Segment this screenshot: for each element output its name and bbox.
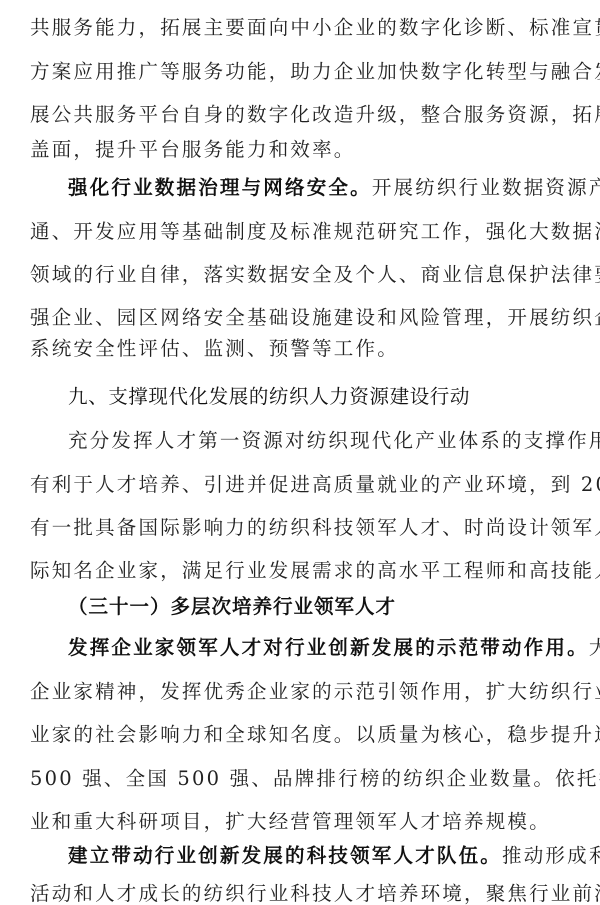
section-heading: 九、支撑现代化发展的纺织人力资源建设行动	[68, 382, 600, 412]
paragraph-first-line: 发挥企业家领军人才对行业创新发展的示范带动作用。大力弘扬	[68, 633, 575, 663]
paragraph-line: 强企业、园区网络安全基础设施建设和风险管理，开展纺织企业工控	[30, 303, 575, 333]
document-page: 共服务能力，拓展主要面向中小企业的数字化诊断、标准宣贯、解决 方案应用推广等服务…	[0, 0, 600, 905]
paragraph-line: 业家的社会影响力和全球知名度。以质量为核心，稳步提升进入世界	[30, 720, 575, 750]
paragraph-line: 业和重大科研项目，扩大经营管理领军人才培养规模。	[30, 807, 575, 837]
paragraph-line: 领域的行业自律，落实数据安全及个人、商业信息保护法律要求。加	[30, 260, 575, 290]
paragraph-first-line: 建立带动行业创新发展的科技领军人才队伍。推动形成利于科研	[68, 841, 575, 871]
paragraph-line: 盖面，提升平台服务能力和效率。	[30, 135, 575, 165]
paragraph-line: 有一批具备国际影响力的纺织科技领军人才、时尚设计领军人才和国	[30, 513, 575, 543]
paragraph-line: 活动和人才成长的纺织行业科技人才培养环境，聚焦行业前沿知识、	[30, 879, 575, 905]
paragraph-line: 500 强、全国 500 强、品牌排行榜的纺织企业数量。依托行业龙头企	[30, 764, 575, 794]
paragraph-line: 共服务能力，拓展主要面向中小企业的数字化诊断、标准宣贯、解决	[30, 13, 575, 43]
paragraph-lead-bold: 建立带动行业创新发展的科技领军人才队伍。	[68, 844, 502, 867]
paragraph-line: 系统安全性评估、监测、预警等工作。	[30, 334, 575, 364]
paragraph-first-line: 强化行业数据治理与网络安全。开展纺织行业数据资源产权、流	[68, 173, 575, 203]
paragraph-line: 展公共服务平台自身的数字化改造升级，整合服务资源，拓展服务覆	[30, 100, 575, 130]
paragraph-first-line: 充分发挥人才第一资源对纺织现代化产业体系的支撑作用，创造	[68, 426, 575, 456]
paragraph-line: 企业家精神，发挥优秀企业家的示范引领作用，扩大纺织行业优秀企	[30, 677, 575, 707]
paragraph-text: 开展纺织行业数据资源产权、流	[372, 176, 600, 199]
subsection-heading: （三十一）多层次培养行业领军人才	[68, 592, 600, 622]
paragraph-text: 大力弘扬	[589, 636, 600, 659]
paragraph-lead-bold: 强化行业数据治理与网络安全。	[68, 176, 372, 199]
paragraph-line: 方案应用推广等服务功能，助力企业加快数字化转型与融合发展。开	[30, 57, 575, 87]
paragraph-lead-bold: 发挥企业家领军人才对行业创新发展的示范带动作用。	[68, 636, 589, 659]
paragraph-text: 推动形成利于科研	[502, 844, 600, 867]
paragraph-line: 通、开发应用等基础制度及标准规范研究工作，强化大数据汇集应用	[30, 217, 575, 247]
paragraph-line: 际知名企业家，满足行业发展需求的高水平工程师和高技能人才队伍。	[30, 556, 595, 586]
paragraph-line: 有利于人才培养、引进并促进高质量就业的产业环境，到 2035 年拥	[30, 470, 575, 500]
